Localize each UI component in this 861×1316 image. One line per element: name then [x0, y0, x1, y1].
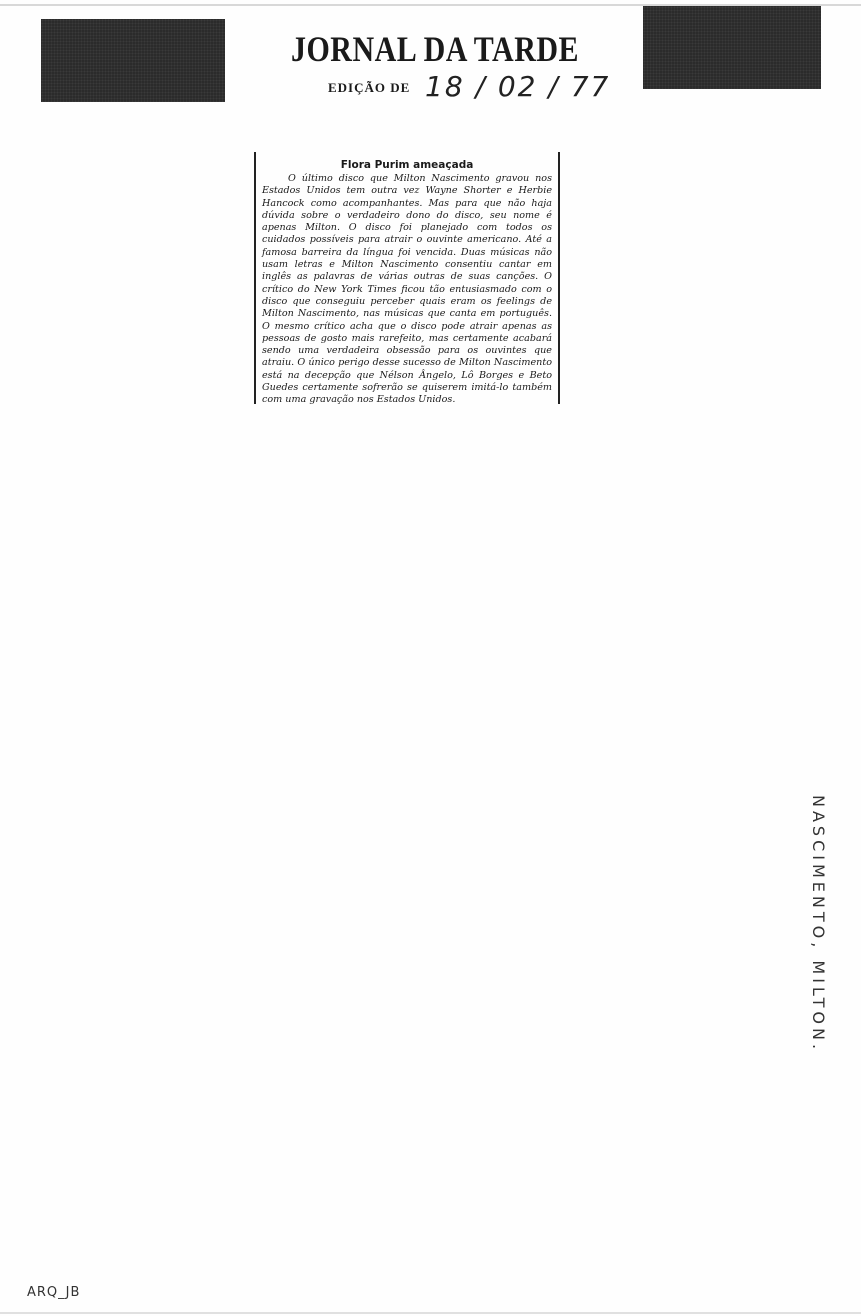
edition-label: EDIÇÃO DE	[328, 80, 410, 96]
newspaper-masthead: JORNAL DA TARDE	[230, 30, 640, 71]
handwritten-archive-note: ARQ_JB	[27, 1285, 80, 1300]
clipping-title: Flora Purim ameaçada	[262, 159, 552, 171]
handwritten-side-note: NASCIMENTO, MILTON.	[809, 795, 828, 1095]
scan-edge-bottom	[0, 1312, 861, 1314]
news-clipping: Flora Purim ameaçada O último disco que …	[254, 152, 560, 404]
redacted-block-right	[643, 6, 821, 89]
clipping-body: O último disco que Milton Nascimento gra…	[262, 173, 552, 407]
redacted-block-left	[41, 19, 225, 102]
edition-date-handwritten: 18 / 02 / 77	[425, 70, 610, 103]
